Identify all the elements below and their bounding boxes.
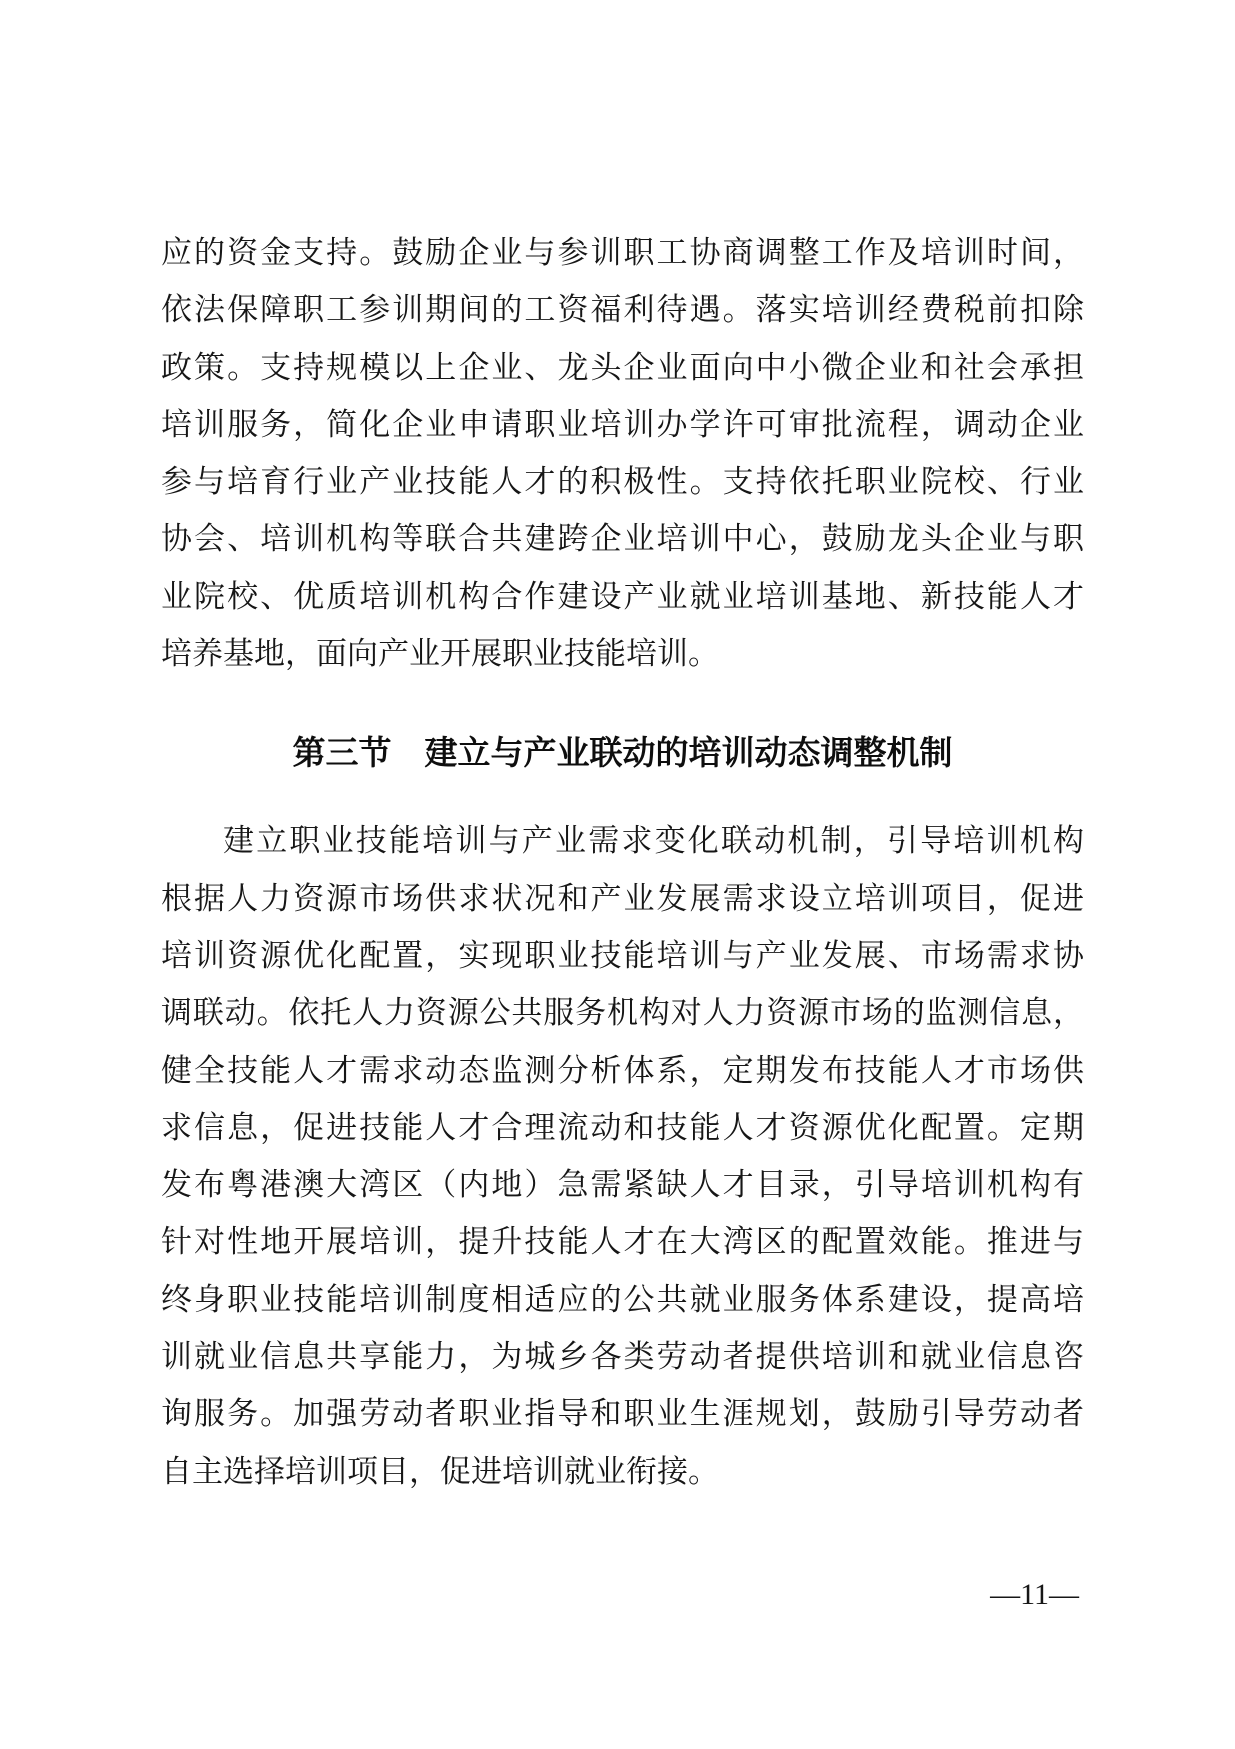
text-line: 参与培育行业产业技能人才的积极性。支持依托职业院校、行业 xyxy=(161,453,1084,510)
text-line: 训就业信息共享能力，为城乡各类劳动者提供培训和就业信息咨 xyxy=(161,1328,1084,1385)
page-number: —11— xyxy=(990,1578,1079,1612)
text-line: 根据人力资源市场供求状况和产业发展需求设立培训项目，促进 xyxy=(161,870,1084,927)
text-line: 应的资金支持。鼓励企业与参训职工协商调整工作及培训时间， xyxy=(161,224,1084,281)
text-line: 业院校、优质培训机构合作建设产业就业培训基地、新技能人才 xyxy=(161,568,1084,625)
paragraph-body: 建立职业技能培训与产业需求变化联动机制，引导培训机构 根据人力资源市场供求状况和… xyxy=(161,812,1084,1500)
text-line: 依法保障职工参训期间的工资福利待遇。落实培训经费税前扣除 xyxy=(161,281,1084,338)
text-line: 调联动。依托人力资源公共服务机构对人力资源市场的监测信息， xyxy=(161,984,1084,1041)
text-line: 针对性地开展培训，提升技能人才在大湾区的配置效能。推进与 xyxy=(161,1213,1084,1270)
section-heading: 第三节建立与产业联动的培训动态调整机制 xyxy=(161,724,1084,781)
section-number: 第三节 xyxy=(293,734,392,771)
text-line: 建立职业技能培训与产业需求变化联动机制，引导培训机构 xyxy=(161,812,1084,869)
text-line: 求信息，促进技能人才合理流动和技能人才资源优化配置。定期 xyxy=(161,1099,1084,1156)
text-line: 自主选择培训项目，促进培训就业衔接。 xyxy=(161,1443,1084,1500)
text-line: 发布粤港澳大湾区（内地）急需紧缺人才目录，引导培训机构有 xyxy=(161,1156,1084,1213)
text-line: 询服务。加强劳动者职业指导和职业生涯规划，鼓励引导劳动者 xyxy=(161,1385,1084,1442)
text-line: 培训资源优化配置，实现职业技能培训与产业发展、市场需求协 xyxy=(161,927,1084,984)
paragraph-continuation: 应的资金支持。鼓励企业与参训职工协商调整工作及培训时间， 依法保障职工参训期间的… xyxy=(161,224,1084,682)
page-body-text: 应的资金支持。鼓励企业与参训职工协商调整工作及培训时间， 依法保障职工参训期间的… xyxy=(161,224,1084,1500)
text-line: 培训服务，简化企业申请职业培训办学许可审批流程，调动企业 xyxy=(161,396,1084,453)
document-page: 应的资金支持。鼓励企业与参训职工协商调整工作及培训时间， 依法保障职工参训期间的… xyxy=(0,0,1235,1749)
text-line: 终身职业技能培训制度相适应的公共就业服务体系建设，提高培 xyxy=(161,1271,1084,1328)
text-line: 健全技能人才需求动态监测分析体系，定期发布技能人才市场供 xyxy=(161,1042,1084,1099)
section-title: 建立与产业联动的培训动态调整机制 xyxy=(425,734,953,771)
text-line: 政策。支持规模以上企业、龙头企业面向中小微企业和社会承担 xyxy=(161,339,1084,396)
text-line: 培养基地，面向产业开展职业技能培训。 xyxy=(161,625,1084,682)
text-line: 协会、培训机构等联合共建跨企业培训中心，鼓励龙头企业与职 xyxy=(161,510,1084,567)
